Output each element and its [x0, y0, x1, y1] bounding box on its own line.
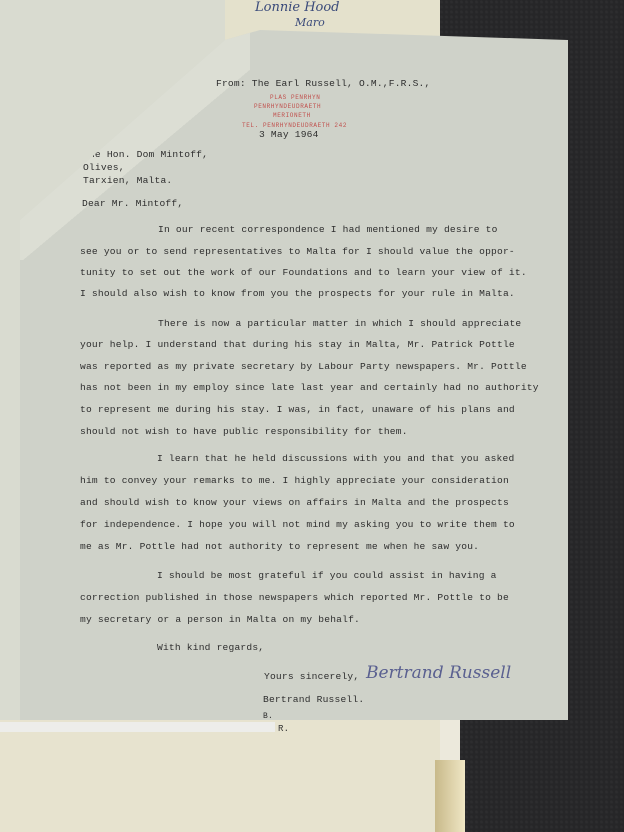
closing-regards: With kind regards,: [157, 642, 264, 653]
from-line: From: The Earl Russell, O.M.,F.R.S.,: [216, 78, 430, 89]
body-line: see you or to send representatives to Ma…: [80, 246, 515, 257]
letterhead-line: PENRHYNDEUDRAETH: [254, 103, 321, 110]
initials-secondary: R.: [278, 724, 289, 734]
paper-strip: [0, 722, 275, 732]
body-line: your help. I understand that during his …: [80, 339, 515, 350]
body-line: has not been in my employ since late las…: [80, 382, 539, 393]
body-line: There is now a particular matter in whic…: [158, 318, 521, 329]
initials: B.: [263, 712, 273, 721]
typed-name: Bertrand Russell.: [263, 694, 364, 705]
body-line: was reported as my private secretary by …: [80, 361, 527, 372]
folder-flap: [435, 760, 465, 832]
body-line: tunity to set out the work of our Founda…: [80, 267, 527, 278]
body-line: correction published in those newspapers…: [80, 592, 509, 603]
body-line: me as Mr. Pottle had not authority to re…: [80, 541, 479, 552]
handwritten-note-line2: Maro: [295, 16, 325, 29]
body-line: for independence. I hope you will not mi…: [80, 519, 515, 530]
body-line: should not wish to have public responsib…: [80, 426, 408, 437]
salutation: Dear Mr. Mintoff,: [82, 198, 183, 209]
letter-date: 3 May 1964: [259, 129, 319, 140]
letterhead-line: MERIONETH: [273, 112, 311, 119]
recipient-line: The Hon. Dom Mintoff,: [83, 149, 208, 160]
body-line: and should wish to know your views on af…: [80, 497, 509, 508]
body-line: I learn that he held discussions with yo…: [157, 453, 514, 464]
body-line: my secretary or a person in Malta on my …: [80, 614, 360, 625]
body-line: to represent me during his stay. I was, …: [80, 404, 515, 415]
handwritten-note-line1: Lonnie Hood: [255, 0, 340, 15]
recipient-line: Tarxien, Malta.: [83, 175, 172, 186]
closing: Yours sincerely,: [264, 671, 359, 682]
handwritten-signature: Bertrand Russell: [366, 663, 511, 683]
body-line: In our recent correspondence I had menti…: [158, 224, 498, 235]
letterhead-line: PLAS PENRHYN: [270, 94, 320, 101]
letterhead-line: TEL. PENRHYNDEUDRAETH 242: [242, 122, 347, 129]
recipient-line: Olives,: [83, 162, 125, 173]
body-line: I should be most grateful if you could a…: [157, 570, 497, 581]
body-line: I should also wish to know from you the …: [80, 288, 515, 299]
cream-folder: [0, 720, 440, 832]
body-line: him to convey your remarks to me. I high…: [80, 475, 509, 486]
